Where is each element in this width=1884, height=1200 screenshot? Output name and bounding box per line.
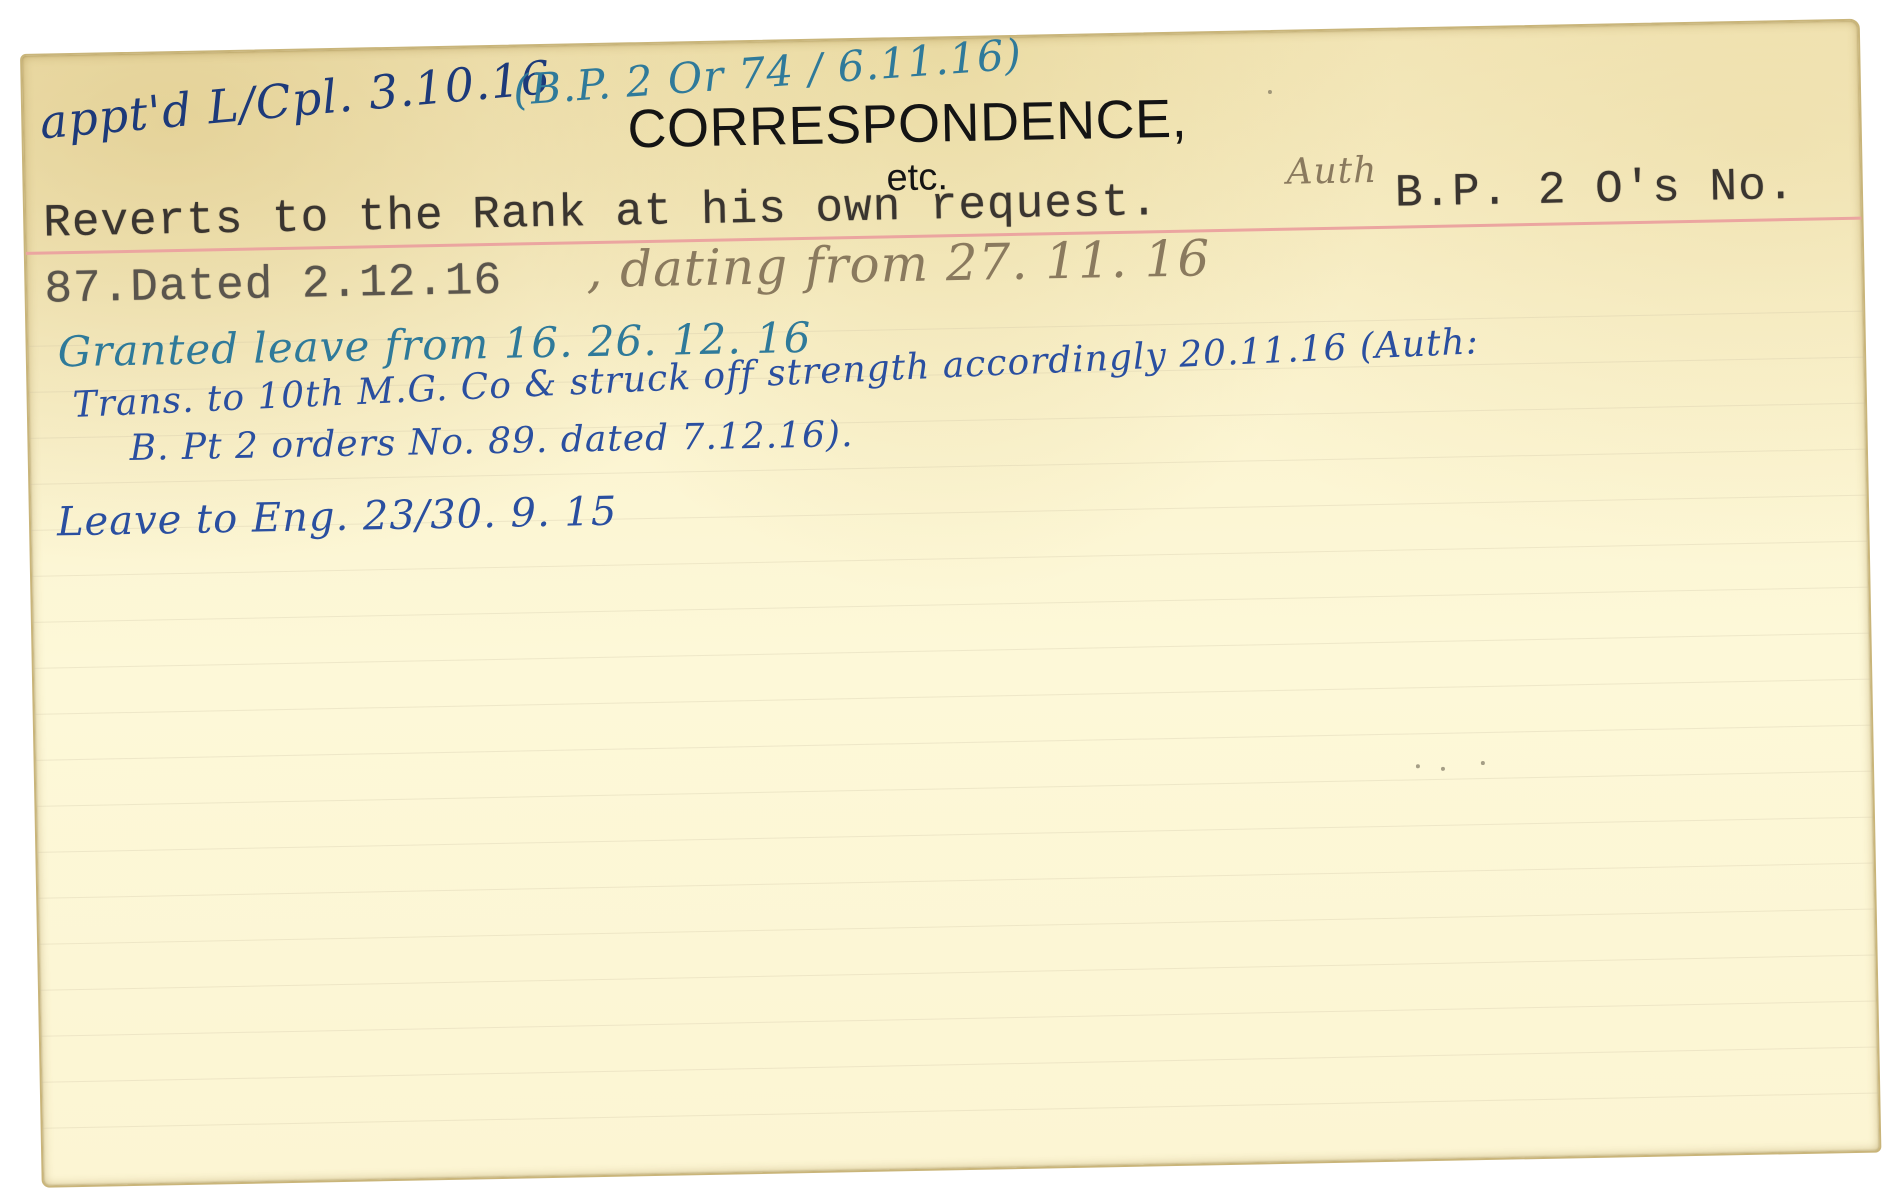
ruled-line [41, 1001, 1877, 1037]
ruled-line [39, 909, 1875, 945]
ink-speck [1268, 90, 1272, 94]
ruled-line [37, 817, 1873, 853]
ruled-line [42, 1047, 1878, 1083]
ink-speck [1416, 764, 1420, 768]
section-heading: CORRESPONDENCE, [627, 88, 1188, 161]
dating-from-note: , dating from 27. 11. 16 [586, 229, 1211, 299]
ruled-line [40, 955, 1876, 991]
ruled-line [35, 679, 1871, 715]
typed-bp-orders: B.P. 2 O's No. [1394, 160, 1795, 220]
ruled-line [34, 633, 1870, 669]
ruled-line [36, 771, 1872, 807]
ruled-line [43, 1093, 1879, 1129]
appointment-note: appt'd L/Cpl. 3.10.16 [38, 50, 554, 149]
ruled-line [33, 587, 1869, 623]
ink-speck [1441, 767, 1445, 771]
leave-to-england-note: Leave to Eng. 23/30. 9. 15 [57, 489, 618, 546]
auth-mark: Auth [1286, 150, 1378, 193]
transfer-note-line2: B. Pt 2 orders No. 89. dated 7.12.16). [129, 414, 854, 469]
ruled-line [38, 863, 1874, 899]
ink-speck [1481, 761, 1485, 765]
ruled-line [36, 725, 1872, 761]
ruled-line [32, 541, 1868, 577]
record-card: appt'd L/Cpl. 3.10.16 (B.P. 2 Or 74 / 6.… [20, 19, 1881, 1188]
typed-dated-line: 87.Dated 2.12.16 [44, 255, 503, 316]
